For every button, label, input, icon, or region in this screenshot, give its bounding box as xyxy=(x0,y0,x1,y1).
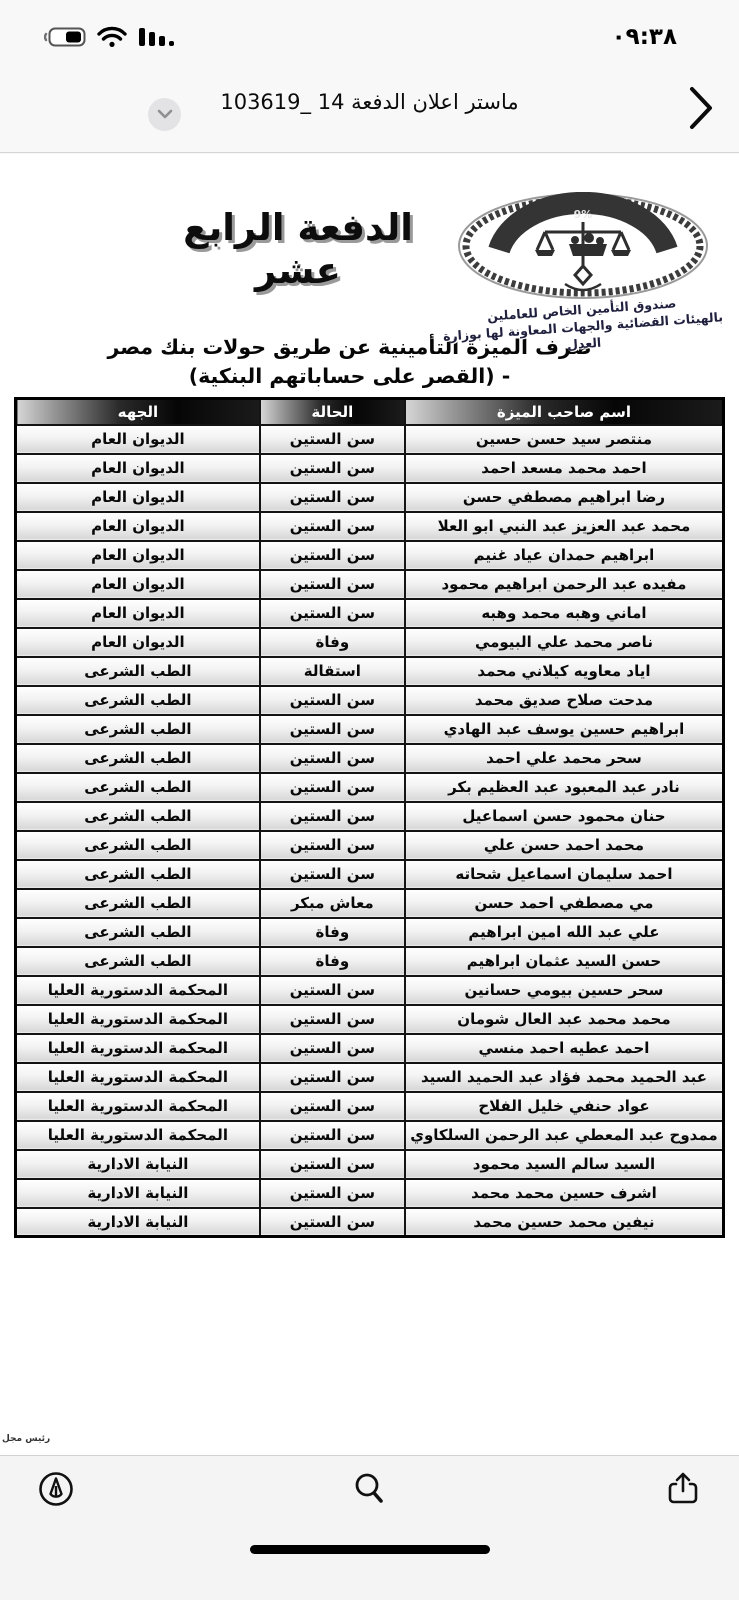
entity-cell: الديوان العام xyxy=(16,599,260,628)
status-cell: سن الستين xyxy=(260,1121,405,1150)
table-row: علي عبد الله امين ابراهيموفاةالطب الشرعى xyxy=(16,918,724,947)
beneficiary-name-cell: السيد سالم السيد محمود xyxy=(405,1150,724,1179)
markup-button[interactable] xyxy=(34,1468,78,1512)
status-cell: سن الستين xyxy=(260,686,405,715)
table-row: حنان محمود حسن اسماعيلسن الستينالطب الشر… xyxy=(16,802,724,831)
status-cell: استقالة xyxy=(260,657,405,686)
file-title: ماستر اعلان الدفعة 14 _103619 xyxy=(0,90,739,114)
beneficiary-name-cell: احمد عطيه احمد منسي xyxy=(405,1034,724,1063)
entity-cell: الطب الشرعى xyxy=(16,744,260,773)
entity-cell: المحكمة الدستورية العليا xyxy=(16,1063,260,1092)
table-row: مي مصطفي احمد حسنمعاش مبكرالطب الشرعى xyxy=(16,889,724,918)
table-row: احمد محمد مسعد احمدسن الستينالديوان العا… xyxy=(16,454,724,483)
beneficiary-name-cell: عواد حنفي خليل الفلاح xyxy=(405,1092,724,1121)
entity-cell: الطب الشرعى xyxy=(16,831,260,860)
status-cell: سن الستين xyxy=(260,1179,405,1208)
benefits-table-body: منتصر سيد حسن حسينسن الستينالديوان العام… xyxy=(16,425,724,1237)
entity-cell: المحكمة الدستورية العليا xyxy=(16,976,260,1005)
beneficiary-name-cell: محمد محمد عبد العال شومان xyxy=(405,1005,724,1034)
entity-cell: الطب الشرعى xyxy=(16,773,260,802)
beneficiary-name-cell: اياد معاويه كيلاني محمد xyxy=(405,657,724,686)
beneficiary-name-cell: محمد احمد حسن علي xyxy=(405,831,724,860)
entity-cell: النيابة الادارية xyxy=(16,1208,260,1237)
beneficiary-name-cell: مفيده عبد الرحمن ابراهيم محمود xyxy=(405,570,724,599)
status-cell: سن الستين xyxy=(260,599,405,628)
table-row: ناصر محمد علي البيوميوفاةالديوان العام xyxy=(16,628,724,657)
subtitle-line-2: - (القصر على حساباتهم البنكية) xyxy=(0,363,699,390)
clock: ٠٩:٣٨ xyxy=(612,24,677,50)
batch-title: الدفعة الرابع عشر xyxy=(158,206,438,292)
beneficiary-name-cell: اماني وهبه محمد وهبه xyxy=(405,599,724,628)
table-row: محمد محمد عبد العال شومانسن الستينالمحكم… xyxy=(16,1005,724,1034)
entity-cell: الطب الشرعى xyxy=(16,802,260,831)
status-cell: سن الستين xyxy=(260,1150,405,1179)
beneficiary-name-cell: سحر حسين بيومي حسانين xyxy=(405,976,724,1005)
entity-cell: الديوان العام xyxy=(16,628,260,657)
entity-cell: الديوان العام xyxy=(16,570,260,599)
table-row: احمد سليمان اسماعيل شحاتهسن الستينالطب ا… xyxy=(16,860,724,889)
status-cell: سن الستين xyxy=(260,1092,405,1121)
status-cell: معاش مبكر xyxy=(260,889,405,918)
cellular-signal-icon xyxy=(138,26,180,52)
beneficiary-name-cell: ابراهيم حمدان عياد غنيم xyxy=(405,541,724,570)
status-cell: سن الستين xyxy=(260,1063,405,1092)
table-row: ممدوح عبد المعطي عبد الرحمن السلكاويسن ا… xyxy=(16,1121,724,1150)
status-cell: سن الستين xyxy=(260,773,405,802)
status-icons xyxy=(44,26,180,52)
nav-bar: ماستر اعلان الدفعة 14 _103619 xyxy=(0,60,739,153)
entity-cell: النيابة الادارية xyxy=(16,1179,260,1208)
document-header: 9% صند xyxy=(0,154,739,334)
table-row: مدحت صلاح صديق محمدسن الستينالطب الشرعى xyxy=(16,686,724,715)
table-row: محمد احمد حسن عليسن الستينالطب الشرعى xyxy=(16,831,724,860)
table-row: سحر محمد علي احمدسن الستينالطب الشرعى xyxy=(16,744,724,773)
entity-cell: الديوان العام xyxy=(16,541,260,570)
status-cell: سن الستين xyxy=(260,425,405,454)
status-cell: سن الستين xyxy=(260,1034,405,1063)
search-icon xyxy=(350,1496,388,1511)
entity-cell: الطب الشرعى xyxy=(16,715,260,744)
table-row: رضا ابراهيم مصطفي حسنسن الستينالديوان ال… xyxy=(16,483,724,512)
entity-cell: الطب الشرعى xyxy=(16,860,260,889)
entity-cell: المحكمة الدستورية العليا xyxy=(16,1034,260,1063)
status-cell: وفاة xyxy=(260,918,405,947)
beneficiary-name-cell: حنان محمود حسن اسماعيل xyxy=(405,802,724,831)
header-entity: الجهه xyxy=(16,399,260,425)
table-row: نيفين محمد حسين محمدسن الستينالنيابة الا… xyxy=(16,1208,724,1237)
entity-cell: الديوان العام xyxy=(16,483,260,512)
status-cell: سن الستين xyxy=(260,715,405,744)
scales-seal-icon: 9% xyxy=(437,192,729,304)
status-cell: سن الستين xyxy=(260,1208,405,1237)
entity-cell: الطب الشرعى xyxy=(16,947,260,976)
entity-cell: الديوان العام xyxy=(16,425,260,454)
table-row: منتصر سيد حسن حسينسن الستينالديوان العام xyxy=(16,425,724,454)
table-row: نادر عبد المعبود عبد العظيم بكرسن الستين… xyxy=(16,773,724,802)
header-beneficiary-name: اسم صاحب الميزة xyxy=(405,399,724,425)
beneficiary-name-cell: مدحت صلاح صديق محمد xyxy=(405,686,724,715)
status-cell: سن الستين xyxy=(260,512,405,541)
entity-cell: الطب الشرعى xyxy=(16,889,260,918)
table-row: عبد الحميد محمد فؤاد عبد الحميد السيدسن … xyxy=(16,1063,724,1092)
beneficiary-name-cell: رضا ابراهيم مصطفي حسن xyxy=(405,483,724,512)
beneficiary-name-cell: عبد الحميد محمد فؤاد عبد الحميد السيد xyxy=(405,1063,724,1092)
status-cell: سن الستين xyxy=(260,1005,405,1034)
share-button[interactable] xyxy=(661,1468,705,1512)
table-row: حسن السيد عثمان ابراهيموفاةالطب الشرعى xyxy=(16,947,724,976)
benefits-table: اسم صاحب الميزة الحالة الجهه منتصر سيد ح… xyxy=(14,397,725,1238)
markup-pen-icon xyxy=(37,1496,75,1511)
header-status: الحالة xyxy=(260,399,405,425)
beneficiary-name-cell: مي مصطفي احمد حسن xyxy=(405,889,724,918)
beneficiary-name-cell: منتصر سيد حسن حسين xyxy=(405,425,724,454)
status-cell: سن الستين xyxy=(260,483,405,512)
status-cell: وفاة xyxy=(260,947,405,976)
table-row: اياد معاويه كيلاني محمداستقالةالطب الشرع… xyxy=(16,657,724,686)
beneficiary-name-cell: اشرف حسين محمد محمد xyxy=(405,1179,724,1208)
entity-cell: المحكمة الدستورية العليا xyxy=(16,1092,260,1121)
status-cell: سن الستين xyxy=(260,570,405,599)
table-row: السيد سالم السيد محمودسن الستينالنيابة ا… xyxy=(16,1150,724,1179)
search-button[interactable] xyxy=(347,1468,391,1512)
entity-cell: الديوان العام xyxy=(16,454,260,483)
battery-icon xyxy=(44,26,86,52)
fund-seal-logo: 9% صند xyxy=(435,192,731,353)
beneficiary-name-cell: احمد سليمان اسماعيل شحاته xyxy=(405,860,724,889)
back-chevron-icon xyxy=(688,119,714,134)
entity-cell: الطب الشرعى xyxy=(16,657,260,686)
status-cell: سن الستين xyxy=(260,541,405,570)
beneficiary-name-cell: ناصر محمد علي البيومي xyxy=(405,628,724,657)
table-row: سحر حسين بيومي حسانينسن الستينالمحكمة ال… xyxy=(16,976,724,1005)
status-cell: سن الستين xyxy=(260,802,405,831)
status-cell: سن الستين xyxy=(260,744,405,773)
svg-text:9%: 9% xyxy=(574,208,593,221)
table-row: عواد حنفي خليل الفلاحسن الستينالمحكمة ال… xyxy=(16,1092,724,1121)
table-row: محمد عبد العزيز عبد النبي ابو العلاسن ال… xyxy=(16,512,724,541)
beneficiary-name-cell: حسن السيد عثمان ابراهيم xyxy=(405,947,724,976)
home-indicator[interactable] xyxy=(250,1545,490,1554)
table-row: مفيده عبد الرحمن ابراهيم محمودسن الستينا… xyxy=(16,570,724,599)
table-header-row: اسم صاحب الميزة الحالة الجهه xyxy=(16,399,724,425)
wifi-icon xyxy=(97,26,127,52)
entity-cell: الديوان العام xyxy=(16,512,260,541)
table-row: ابراهيم حمدان عياد غنيمسن الستينالديوان … xyxy=(16,541,724,570)
table-row: احمد عطيه احمد منسيسن الستينالمحكمة الدس… xyxy=(16,1034,724,1063)
beneficiary-name-cell: محمد عبد العزيز عبد النبي ابو العلا xyxy=(405,512,724,541)
beneficiary-name-cell: نيفين محمد حسين محمد xyxy=(405,1208,724,1237)
signature-partial-text: رئيس مجل xyxy=(2,1434,50,1444)
status-cell: سن الستين xyxy=(260,454,405,483)
share-icon xyxy=(664,1496,702,1511)
document-page: 9% صند xyxy=(0,154,739,1455)
entity-cell: الطب الشرعى xyxy=(16,918,260,947)
bottom-toolbar xyxy=(0,1455,739,1600)
entity-cell: الطب الشرعى xyxy=(16,686,260,715)
entity-cell: المحكمة الدستورية العليا xyxy=(16,1121,260,1150)
status-cell: وفاة xyxy=(260,628,405,657)
status-cell: سن الستين xyxy=(260,976,405,1005)
beneficiary-name-cell: نادر عبد المعبود عبد العظيم بكر xyxy=(405,773,724,802)
entity-cell: النيابة الادارية xyxy=(16,1150,260,1179)
status-bar: ٠٩:٣٨ xyxy=(0,0,739,60)
beneficiary-name-cell: سحر محمد علي احمد xyxy=(405,744,724,773)
table-row: اماني وهبه محمد وهبهسن الستينالديوان الع… xyxy=(16,599,724,628)
table-row: ابراهيم حسين يوسف عبد الهاديسن الستينالط… xyxy=(16,715,724,744)
beneficiary-name-cell: ممدوح عبد المعطي عبد الرحمن السلكاوي xyxy=(405,1121,724,1150)
table-row: اشرف حسين محمد محمدسن الستينالنيابة الاد… xyxy=(16,1179,724,1208)
beneficiary-name-cell: ابراهيم حسين يوسف عبد الهادي xyxy=(405,715,724,744)
status-cell: سن الستين xyxy=(260,860,405,889)
status-cell: سن الستين xyxy=(260,831,405,860)
beneficiary-name-cell: علي عبد الله امين ابراهيم xyxy=(405,918,724,947)
entity-cell: المحكمة الدستورية العليا xyxy=(16,1005,260,1034)
beneficiary-name-cell: احمد محمد مسعد احمد xyxy=(405,454,724,483)
iphone-screen: ٠٩:٣٨ ماستر اعلان الدفعة 14 _103619 9% xyxy=(0,0,739,1600)
back-button[interactable] xyxy=(679,84,723,134)
